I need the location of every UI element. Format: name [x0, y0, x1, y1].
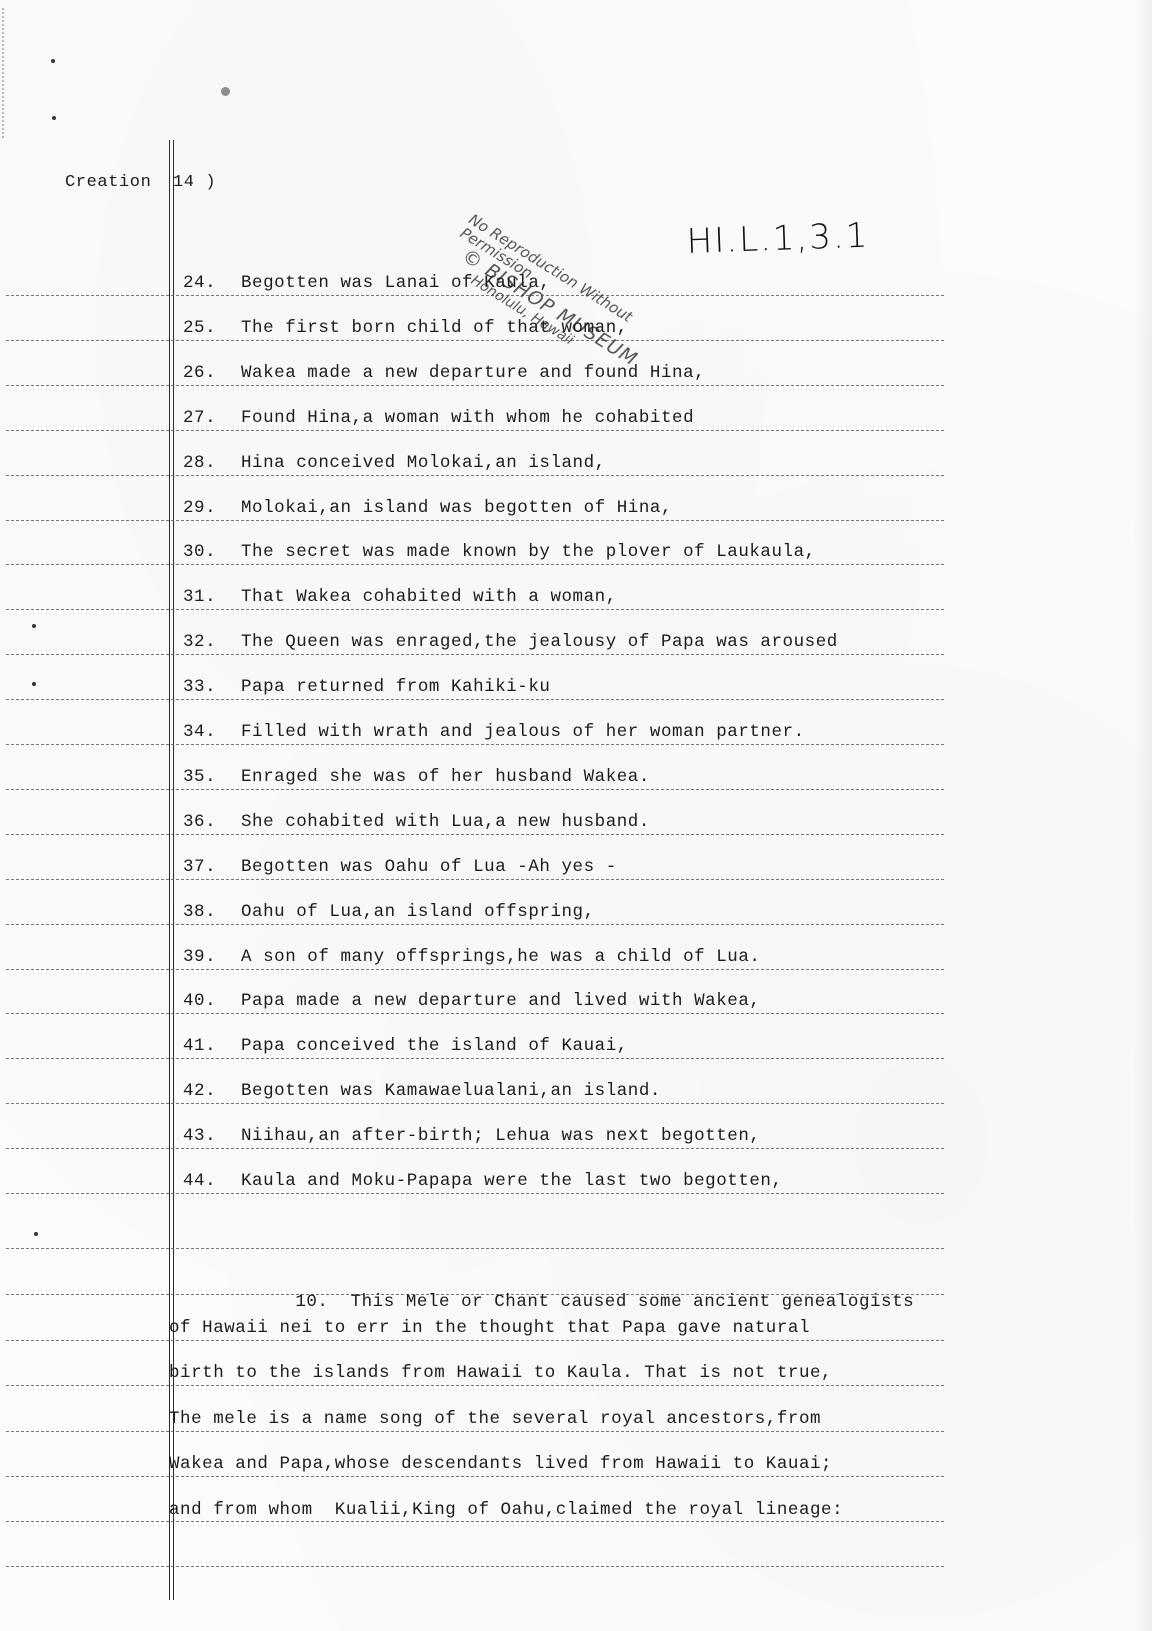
verse-text: Hina conceived Molokai,an island,	[241, 453, 606, 473]
verse-text: The Queen was enraged,the jealousy of Pa…	[241, 632, 838, 652]
verse-line: 24.Begotten was Lanai of Kaula,	[183, 273, 550, 293]
ruled-line	[6, 789, 944, 790]
verse-number: 34.	[183, 722, 241, 742]
verse-text: Wakea made a new departure and found Hin…	[241, 363, 705, 383]
verse-text: Found Hina,a woman with whom he cohabite…	[241, 408, 694, 428]
paragraph-line: birth to the islands from Hawaii to Kaul…	[169, 1363, 832, 1383]
ruled-line	[6, 564, 944, 565]
ruled-line	[6, 340, 944, 341]
ruled-line	[6, 969, 944, 970]
verse-text: Papa conceived the island of Kauai,	[241, 1036, 628, 1056]
paragraph-line: Wakea and Papa,whose descendants lived f…	[169, 1454, 832, 1474]
ruled-line	[6, 654, 944, 655]
ruled-line	[6, 834, 944, 835]
verse-number: 33.	[183, 677, 241, 697]
verse-number: 27.	[183, 408, 241, 428]
verse-line: 43.Niihau,an after-birth; Lehua was next…	[183, 1126, 760, 1146]
verse-number: 28.	[183, 453, 241, 473]
paragraph-line: The mele is a name song of the several r…	[169, 1409, 821, 1429]
verse-text: Begotten was Kamawaelualani,an island.	[241, 1081, 661, 1101]
verse-number: 35.	[183, 767, 241, 787]
verse-text: Enraged she was of her husband Wakea.	[241, 767, 650, 787]
paragraph-line: of Hawaii nei to err in the thought that…	[169, 1318, 810, 1338]
ruled-line	[6, 1248, 944, 1249]
verse-line: 34.Filled with wrath and jealous of her …	[183, 722, 805, 742]
verse-text: The secret was made known by the plover …	[241, 542, 816, 562]
verse-line: 30.The secret was made known by the plov…	[183, 542, 816, 562]
ink-speck	[34, 1232, 38, 1236]
verse-line: 36.She cohabited with Lua,a new husband.	[183, 812, 650, 832]
verse-line: 26.Wakea made a new departure and found …	[183, 363, 705, 383]
verse-number: 44.	[183, 1171, 241, 1191]
ruled-line	[6, 1058, 944, 1059]
ruled-line	[6, 1193, 944, 1194]
verse-text: A son of many offsprings,he was a child …	[241, 947, 760, 967]
verse-line: 28.Hina conceived Molokai,an island,	[183, 453, 606, 473]
ruled-line	[6, 879, 944, 880]
verse-number: 31.	[183, 587, 241, 607]
ruled-line	[6, 609, 944, 610]
scan-edge-speckle	[2, 8, 8, 138]
verse-number: 26.	[183, 363, 241, 383]
ink-speck	[32, 682, 36, 686]
verse-text: The first born child of that woman,	[241, 318, 628, 338]
verse-number: 38.	[183, 902, 241, 922]
verse-text: Papa returned from Kahiki-ku	[241, 677, 550, 697]
verse-number: 36.	[183, 812, 241, 832]
ink-spot	[221, 87, 230, 96]
ruled-line	[6, 475, 944, 476]
ruled-line	[6, 1566, 944, 1567]
ruled-line	[6, 1385, 944, 1386]
verse-line: 42.Begotten was Kamawaelualani,an island…	[183, 1081, 661, 1101]
verse-number: 39.	[183, 947, 241, 967]
verse-text: Begotten was Lanai of Kaula,	[241, 273, 550, 293]
handwritten-catalog-mark: HI.L.1,3.1	[686, 216, 870, 262]
verse-line: 39.A son of many offsprings,he was a chi…	[183, 947, 760, 967]
verse-line: 33.Papa returned from Kahiki-ku	[183, 677, 550, 697]
verse-number: 30.	[183, 542, 241, 562]
ink-speck	[52, 116, 56, 120]
verse-text: Oahu of Lua,an island offspring,	[241, 902, 595, 922]
verse-text: Papa made a new departure and lived with…	[241, 991, 760, 1011]
ruled-line	[6, 699, 944, 700]
verse-line: 41.Papa conceived the island of Kauai,	[183, 1036, 628, 1056]
verse-line: 25.The first born child of that woman,	[183, 318, 628, 338]
ruled-line	[6, 385, 944, 386]
verse-text: Molokai,an island was begotten of Hina,	[241, 498, 672, 518]
verse-number: 37.	[183, 857, 241, 877]
verse-line: 32.The Queen was enraged,the jealousy of…	[183, 632, 838, 652]
ruled-line	[6, 1013, 944, 1014]
verse-number: 42.	[183, 1081, 241, 1101]
verse-text: Filled with wrath and jealous of her wom…	[241, 722, 805, 742]
ruled-line	[6, 1148, 944, 1149]
verse-line: 37.Begotten was Oahu of Lua -Ah yes -	[183, 857, 617, 877]
verse-number: 29.	[183, 498, 241, 518]
verse-text: She cohabited with Lua,a new husband.	[241, 812, 650, 832]
page-edge-shadow	[1134, 0, 1152, 1631]
ruled-line	[6, 744, 944, 745]
verse-number: 24.	[183, 273, 241, 293]
paragraph-line: and from whom Kualii,King of Oahu,claime…	[169, 1500, 843, 1520]
verse-text: That Wakea cohabited with a woman,	[241, 587, 617, 607]
verse-line: 29.Molokai,an island was begotten of Hin…	[183, 498, 672, 518]
ruled-line	[6, 1103, 944, 1104]
verse-line: 35.Enraged she was of her husband Wakea.	[183, 767, 650, 787]
verse-line: 27.Found Hina,a woman with whom he cohab…	[183, 408, 694, 428]
verse-line: 44.Kaula and Moku-Papapa were the last t…	[183, 1171, 783, 1191]
ink-speck	[51, 59, 55, 63]
page-number: 14 )	[173, 173, 216, 192]
verse-text: Begotten was Oahu of Lua -Ah yes -	[241, 857, 617, 877]
paragraph-number: 10.	[295, 1292, 328, 1312]
ruled-line	[6, 295, 944, 296]
verse-number: 40.	[183, 991, 241, 1011]
verse-text: Kaula and Moku-Papapa were the last two …	[241, 1171, 783, 1191]
document-page: Creation 14 ) HI.L.1,3.1 No Reproduction…	[0, 0, 1152, 1631]
verse-number: 41.	[183, 1036, 241, 1056]
ruled-line	[6, 1431, 944, 1432]
verse-line: 31.That Wakea cohabited with a woman,	[183, 587, 617, 607]
ruled-line	[6, 1340, 944, 1341]
header-label: Creation	[65, 173, 151, 192]
ruled-line	[6, 520, 944, 521]
verse-text: Niihau,an after-birth; Lehua was next be…	[241, 1126, 760, 1146]
verse-number: 25.	[183, 318, 241, 338]
verse-line: 38.Oahu of Lua,an island offspring,	[183, 902, 595, 922]
verse-number: 43.	[183, 1126, 241, 1146]
ruled-line	[6, 1476, 944, 1477]
ruled-line	[6, 430, 944, 431]
ruled-line	[6, 924, 944, 925]
verse-number: 32.	[183, 632, 241, 652]
ink-speck	[32, 624, 36, 628]
verse-line: 40.Papa made a new departure and lived w…	[183, 991, 760, 1011]
ruled-line	[6, 1521, 944, 1522]
